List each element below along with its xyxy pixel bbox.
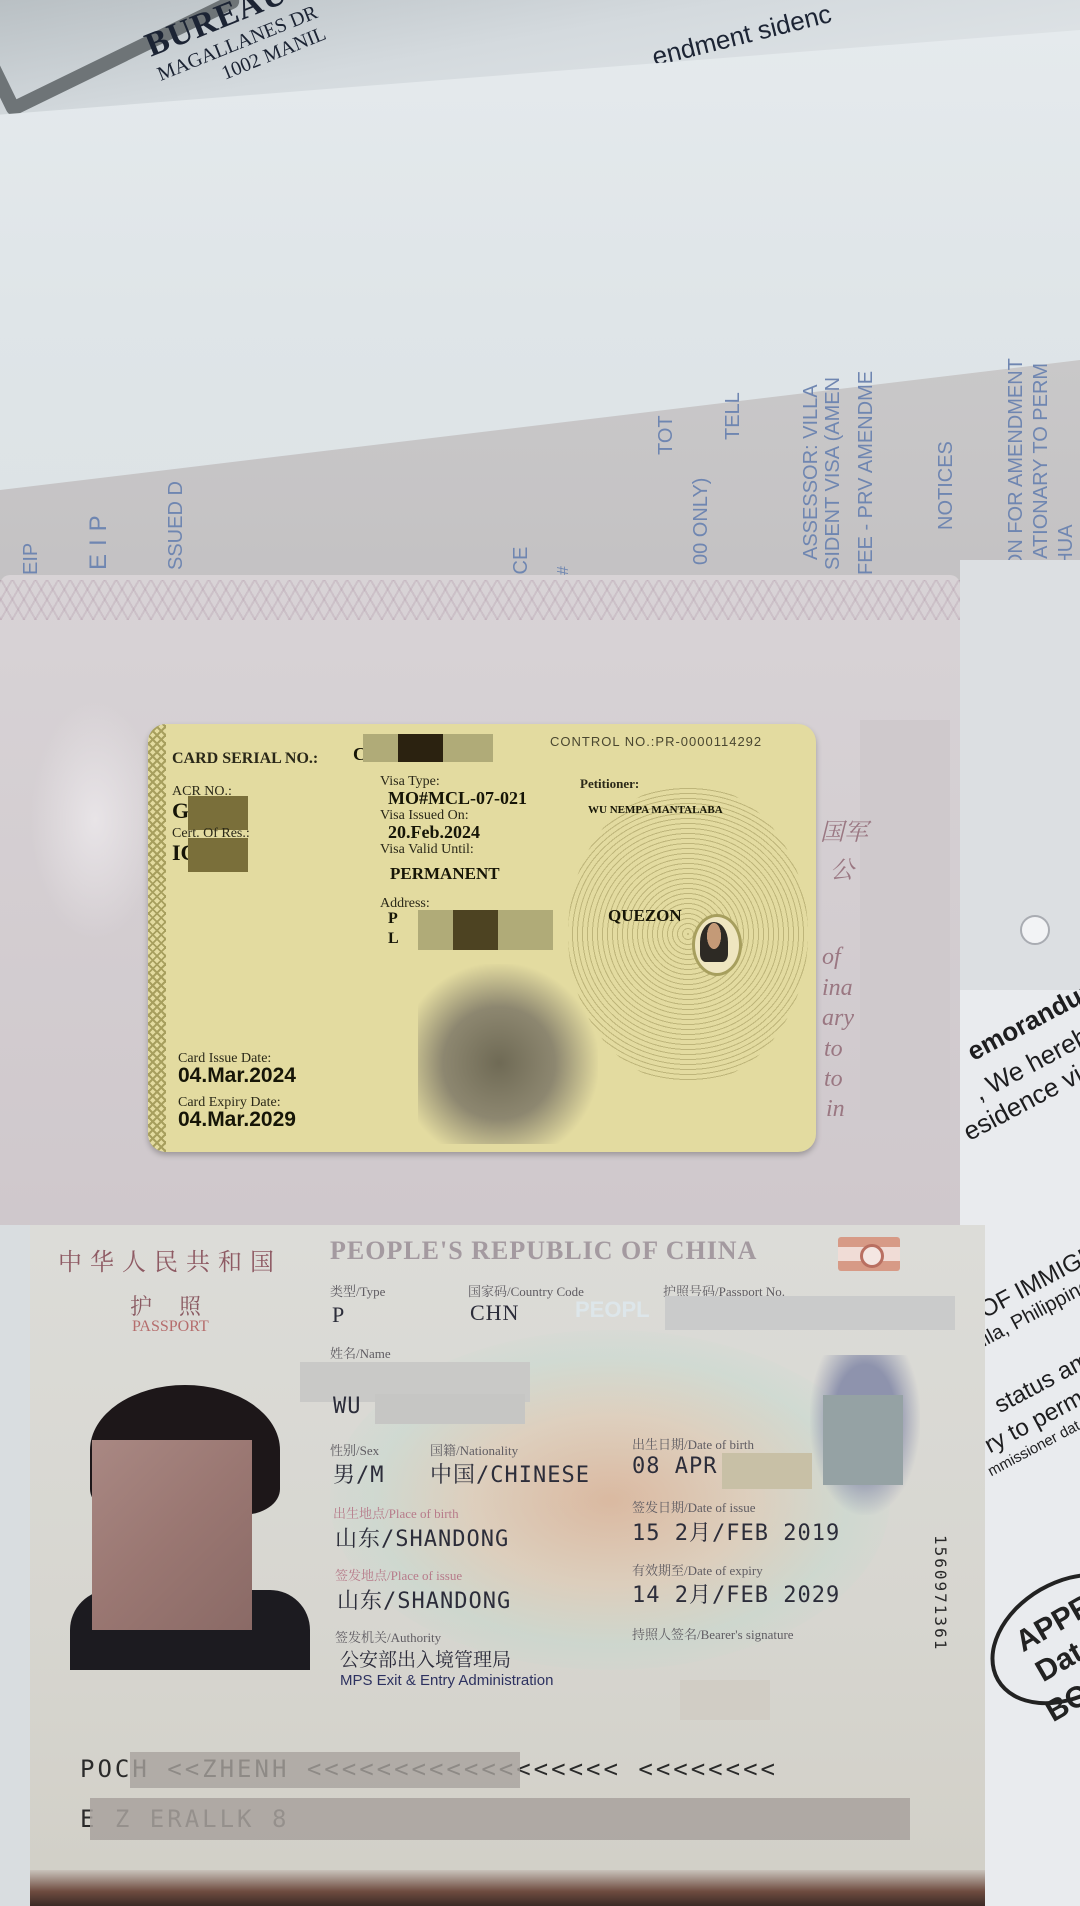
visa-valid-label: Visa Valid Until:	[380, 842, 474, 858]
receipt-text: TELL	[722, 392, 745, 440]
stamp-text: to	[824, 1036, 843, 1063]
pob-label: 出生地点/Place of birth	[333, 1503, 459, 1522]
redaction-block	[375, 1394, 525, 1424]
receipt-text: NOTICES	[935, 441, 958, 530]
holder-photo-redacted-face	[92, 1440, 252, 1630]
card-edge-pattern	[148, 724, 166, 1152]
redaction-block	[665, 1296, 955, 1330]
stamp-text: ary	[822, 1005, 854, 1032]
guilloche-rosette	[568, 784, 808, 1084]
authority-zh: 公安部出入境管理局	[340, 1645, 511, 1672]
doi-value: 15 2月/FEB 2019	[632, 1516, 840, 1547]
watermark-text: PEOPL	[575, 1297, 650, 1323]
name-label: 姓名/Name	[330, 1343, 391, 1362]
passport-title-zh: 护 照	[130, 1290, 211, 1321]
doe-label: 有效期至/Date of expiry	[632, 1560, 763, 1579]
petitioner-value: WU NEMPA MANTALABA	[588, 804, 723, 816]
sex-label: 性别/Sex	[330, 1440, 379, 1459]
passport-cover-edge	[30, 1870, 985, 1906]
poi-label: 签发地点/Place of issue	[335, 1565, 462, 1584]
name-value: WU	[333, 1394, 362, 1419]
stamp-text: of	[822, 944, 841, 971]
stamp-text: 国军	[820, 812, 868, 847]
receipt-stub	[960, 560, 1080, 1010]
control-number: CONTROL NO.:PR-0000114292	[550, 734, 762, 749]
type-value: P	[332, 1302, 345, 1328]
emblem-dot-icon	[860, 1244, 884, 1268]
poi-value: 山东/SHANDONG	[337, 1584, 511, 1615]
stamp-text: ina	[822, 975, 853, 1002]
visa-type-value: MO#MCL-07-021	[388, 788, 527, 809]
country-name-zh: 中华人民共和国	[58, 1242, 282, 1277]
address-city: QUEZON	[608, 906, 682, 926]
receipt-text: EIP	[20, 543, 43, 575]
address-line2: L	[388, 930, 399, 948]
signature-label: 持照人签名/Bearer's signature	[632, 1624, 794, 1643]
country-code-label: 国家码/Country Code	[468, 1281, 584, 1300]
punch-hole	[1020, 915, 1050, 945]
visa-issued-value: 20.Feb.2024	[388, 822, 480, 843]
redaction-block	[130, 1752, 520, 1788]
redacted-strip	[860, 720, 950, 1120]
receipt-text: ASSESSOR: VILLA	[800, 384, 823, 560]
sex-value: 男/M	[333, 1458, 385, 1489]
card-serial-label: CARD SERIAL NO.:	[172, 750, 318, 768]
receipt-text: SSUED D	[165, 481, 188, 570]
ghost-image-redacted	[823, 1395, 903, 1485]
redaction-block	[188, 796, 248, 830]
redaction-block	[680, 1680, 770, 1720]
receipt-text: FEE - PRV AMENDME	[855, 371, 878, 575]
ghost-photo	[700, 922, 728, 962]
page-guilloche-border	[0, 580, 960, 620]
redaction-block	[90, 1798, 910, 1840]
receipt-text: EIP	[85, 507, 113, 570]
receipt-text: 00 ONLY)	[690, 478, 713, 565]
acr-no-value: G	[172, 798, 189, 824]
embossed-seal	[30, 700, 160, 940]
carabao-image	[418, 964, 598, 1144]
stamp-text: in	[826, 1096, 845, 1123]
redaction-block	[722, 1453, 812, 1489]
doe-value: 14 2月/FEB 2029	[632, 1578, 840, 1609]
card-issue-value: 04.Mar.2024	[178, 1064, 296, 1088]
country-name-en: PEOPLE'S REPUBLIC OF CHINA	[330, 1236, 757, 1266]
receipt-text: TOT	[655, 415, 678, 455]
stamp-text: 公	[830, 850, 854, 885]
type-label: 类型/Type	[330, 1281, 385, 1300]
card-expiry-value: 04.Mar.2029	[178, 1108, 296, 1132]
passport-title-en: PASSPORT	[132, 1318, 209, 1336]
side-serial-number: 1560971361	[931, 1535, 950, 1651]
doi-label: 签发日期/Date of issue	[632, 1497, 755, 1516]
redaction-block	[453, 910, 498, 950]
pob-value: 山东/SHANDONG	[335, 1522, 509, 1553]
redaction-block	[188, 838, 248, 872]
redaction-block	[398, 734, 443, 762]
authority-label: 签发机关/Authority	[335, 1627, 441, 1646]
nationality-label: 国籍/Nationality	[430, 1440, 518, 1459]
address-line1: P	[388, 910, 398, 928]
country-code-value: CHN	[470, 1300, 519, 1326]
nationality-value: 中国/CHINESE	[430, 1458, 590, 1489]
visa-valid-value: PERMANENT	[390, 864, 500, 884]
receipt-text: SIDENT VISA (AMEN	[822, 377, 845, 570]
authority-en: MPS Exit & Entry Administration	[340, 1672, 553, 1689]
dob-value: 08 APR	[632, 1454, 717, 1479]
receipt-text: #	[555, 566, 573, 575]
acr-i-card: CARD SERIAL NO.: C CONTROL NO.:PR-000011…	[148, 724, 816, 1152]
stamp-text: to	[824, 1066, 843, 1093]
dob-label: 出生日期/Date of birth	[632, 1434, 754, 1453]
petitioner-label: Petitioner:	[580, 776, 639, 792]
